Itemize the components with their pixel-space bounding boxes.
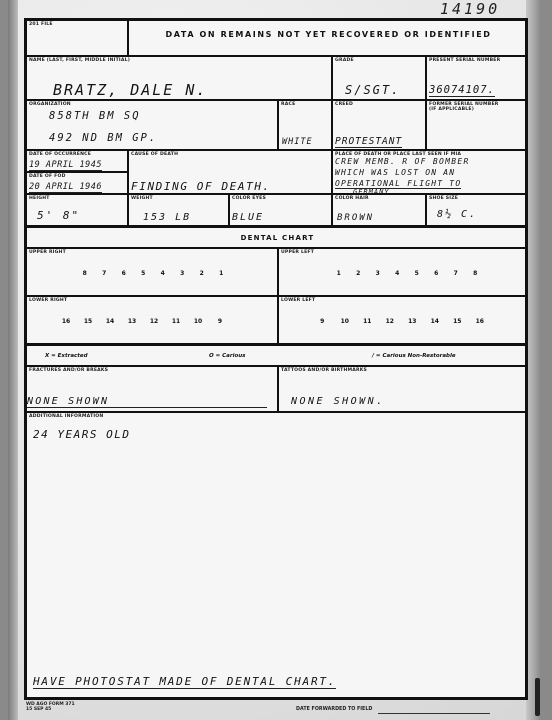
form-date: 15 SEP 45 [26, 707, 86, 712]
scan-edge-left [8, 0, 18, 720]
label-additional-info: ADDITIONAL INFORMATION [29, 414, 103, 419]
form-title: DATA ON REMAINS NOT YET RECOVERED OR IDE… [129, 30, 528, 39]
value-tattoos: NONE SHOWN. [291, 396, 385, 407]
remains-form: 201 FILE DATA ON REMAINS NOT YET RECOVER… [24, 18, 528, 700]
value-organization-line2: 492 ND BM GP. [49, 132, 157, 144]
tooth: 9 [209, 318, 231, 325]
tooth: 2 [349, 270, 369, 277]
legend-carious: O = Carious [209, 353, 245, 359]
tooth: 14 [424, 318, 447, 325]
tooth: 7 [446, 270, 466, 277]
label-creed: CREED [335, 102, 353, 107]
value-race: WHITE [282, 137, 313, 147]
lower-right-teeth: 16 15 14 13 12 11 10 9 [55, 318, 231, 325]
field-color-hair: COLOR HAIR BROWN [331, 193, 425, 225]
field-grade: GRADE S/SGT. [331, 55, 425, 99]
tooth: 1 [212, 270, 232, 277]
dental-chart-title: DENTAL CHART [27, 234, 528, 242]
value-organization-line1: 858TH BM SQ [49, 110, 141, 122]
tooth: 11 [356, 318, 379, 325]
tooth: 7 [95, 270, 115, 277]
file-number: 14190 [440, 0, 500, 18]
label-grade: GRADE [335, 58, 354, 63]
tooth: 10 [187, 318, 209, 325]
tooth: 12 [143, 318, 165, 325]
tooth: 13 [121, 318, 143, 325]
value-date-occurrence: 19 APRIL 1945 [29, 160, 102, 171]
legend-non-restorable: / = Carious Non-Restorable [372, 353, 456, 359]
value-shoe-size: 8½ C. [437, 209, 477, 220]
value-weight: 153 LB [143, 212, 191, 223]
value-color-eyes: BLUE [232, 212, 264, 223]
value-creed: PROTESTANT [335, 136, 402, 148]
tooth: 6 [114, 270, 134, 277]
tooth: 8 [466, 270, 486, 277]
value-height: 5' 8" [37, 209, 80, 222]
upper-right-teeth: 8 7 6 5 4 3 2 1 [75, 270, 231, 277]
value-color-hair: BROWN [337, 213, 374, 223]
label-upper-right: UPPER RIGHT [29, 250, 66, 255]
label-weight: WEIGHT [131, 196, 153, 201]
value-place-line1: CREW MEMB. R OF BOMBER [335, 157, 470, 166]
value-cause-of-death: FINDING OF DEATH. [131, 180, 271, 194]
tooth: 10 [334, 318, 357, 325]
field-201-file: 201 FILE [27, 21, 127, 55]
field-place-of-death: PLACE OF DEATH OR PLACE LAST SEEN IF MIA… [331, 149, 528, 193]
tooth: 14 [99, 318, 121, 325]
field-color-eyes: COLOR EYES BLUE [228, 193, 331, 225]
label-upper-left: UPPER LEFT [281, 250, 314, 255]
tooth: 5 [134, 270, 154, 277]
field-tattoos: TATTOOS AND/OR BIRTHMARKS NONE SHOWN. [277, 365, 528, 411]
field-additional-info: ADDITIONAL INFORMATION 24 YEARS OLD HAVE… [27, 411, 528, 697]
tooth: 1 [329, 270, 349, 277]
upper-left-teeth: 1 2 3 4 5 6 7 8 [329, 270, 485, 277]
tooth: 9 [311, 318, 334, 325]
label-tattoos: TATTOOS AND/OR BIRTHMARKS [281, 368, 367, 373]
tooth: 3 [368, 270, 388, 277]
value-grade: S/SGT. [345, 83, 400, 97]
tooth: 16 [55, 318, 77, 325]
tooth: 11 [165, 318, 187, 325]
scan-margin-mark [535, 678, 540, 716]
dental-chart-header: DENTAL CHART [27, 225, 528, 247]
field-race: RACE WHITE [277, 99, 331, 149]
label-height: HEIGHT [29, 196, 50, 201]
label-shoe-size: SHOE SIZE [429, 196, 458, 201]
dental-upper-right: UPPER RIGHT 8 7 6 5 4 3 2 1 [27, 247, 277, 295]
dental-legend: X = Extracted O = Carious / = Carious No… [27, 343, 528, 365]
label-color-eyes: COLOR EYES [232, 196, 266, 201]
legend-extracted: X = Extracted [45, 353, 88, 359]
lower-left-teeth: 9 10 11 12 13 14 15 16 [311, 318, 491, 325]
tooth: 5 [407, 270, 427, 277]
label-name: NAME (Last, First, Middle Initial) [29, 58, 130, 63]
label-former-serial-sub: (If Applicable) [429, 107, 474, 112]
value-date-fod: 20 APRIL 1946 [29, 182, 102, 193]
tooth: 12 [379, 318, 402, 325]
dental-lower-left: LOWER LEFT 9 10 11 12 13 14 15 16 [277, 295, 528, 343]
label-fractures: FRACTURES AND/OR BREAKS [29, 368, 108, 373]
tooth: 4 [388, 270, 408, 277]
label-serial-number: PRESENT SERIAL NUMBER [429, 58, 500, 63]
field-weight: WEIGHT 153 LB [127, 193, 228, 225]
field-date-occurrence: DATE OF OCCURRENCE 19 APRIL 1945 [27, 149, 127, 171]
field-name: NAME (Last, First, Middle Initial) BRATZ… [27, 55, 331, 99]
field-date-fod: DATE OF FOD 20 APRIL 1946 [27, 171, 127, 193]
tooth: 15 [446, 318, 469, 325]
tooth: 2 [192, 270, 212, 277]
tooth: 8 [75, 270, 95, 277]
label-date-occurrence: DATE OF OCCURRENCE [29, 152, 91, 157]
form-id-block: WD AGO FORM 371 15 SEP 45 [26, 702, 86, 712]
label-lower-right: LOWER RIGHT [29, 298, 67, 303]
value-serial-number: 36074107. [429, 84, 495, 97]
label-date-fod: DATE OF FOD [29, 174, 66, 179]
field-height: HEIGHT 5' 8" [27, 193, 127, 225]
date-forwarded-label: DATE FORWARDED TO FIELD [296, 707, 372, 712]
field-creed: CREED PROTESTANT [331, 99, 425, 149]
tooth: 3 [173, 270, 193, 277]
dental-lower-right: LOWER RIGHT 16 15 14 13 12 11 10 9 [27, 295, 277, 343]
form-title-cell: DATA ON REMAINS NOT YET RECOVERED OR IDE… [127, 21, 528, 55]
label-cause-of-death: CAUSE OF DEATH [131, 152, 178, 157]
value-place-line2: WHICH WAS LOST ON AN [335, 168, 455, 177]
tooth: 15 [77, 318, 99, 325]
date-forwarded-line [378, 713, 490, 714]
field-serial-number: PRESENT SERIAL NUMBER 36074107. [425, 55, 528, 99]
value-name: BRATZ, DALE N. [53, 81, 207, 99]
label-organization: ORGANIZATION [29, 102, 71, 107]
tooth: 6 [427, 270, 447, 277]
scan-edge-right [526, 0, 540, 720]
tooth: 13 [401, 318, 424, 325]
tooth: 4 [153, 270, 173, 277]
field-shoe-size: SHOE SIZE 8½ C. [425, 193, 528, 225]
label-race: RACE [281, 102, 295, 107]
tooth: 16 [469, 318, 492, 325]
value-bottom-note: HAVE PHOTOSTAT MADE OF DENTAL CHART. [33, 675, 336, 689]
field-cause-of-death: CAUSE OF DEATH FINDING OF DEATH. [127, 149, 331, 193]
label-color-hair: COLOR HAIR [335, 196, 369, 201]
label-lower-left: LOWER LEFT [281, 298, 315, 303]
label-201-file: 201 FILE [29, 22, 53, 27]
value-additional-info: 24 YEARS OLD [33, 428, 130, 441]
dental-upper-left: UPPER LEFT 1 2 3 4 5 6 7 8 [277, 247, 528, 295]
field-organization: ORGANIZATION 858TH BM SQ 492 ND BM GP. [27, 99, 277, 149]
field-former-serial: FORMER SERIAL NUMBER (If Applicable) [425, 99, 528, 149]
value-fractures: NONE SHOWN [27, 396, 267, 408]
field-fractures: FRACTURES AND/OR BREAKS NONE SHOWN [27, 365, 277, 411]
